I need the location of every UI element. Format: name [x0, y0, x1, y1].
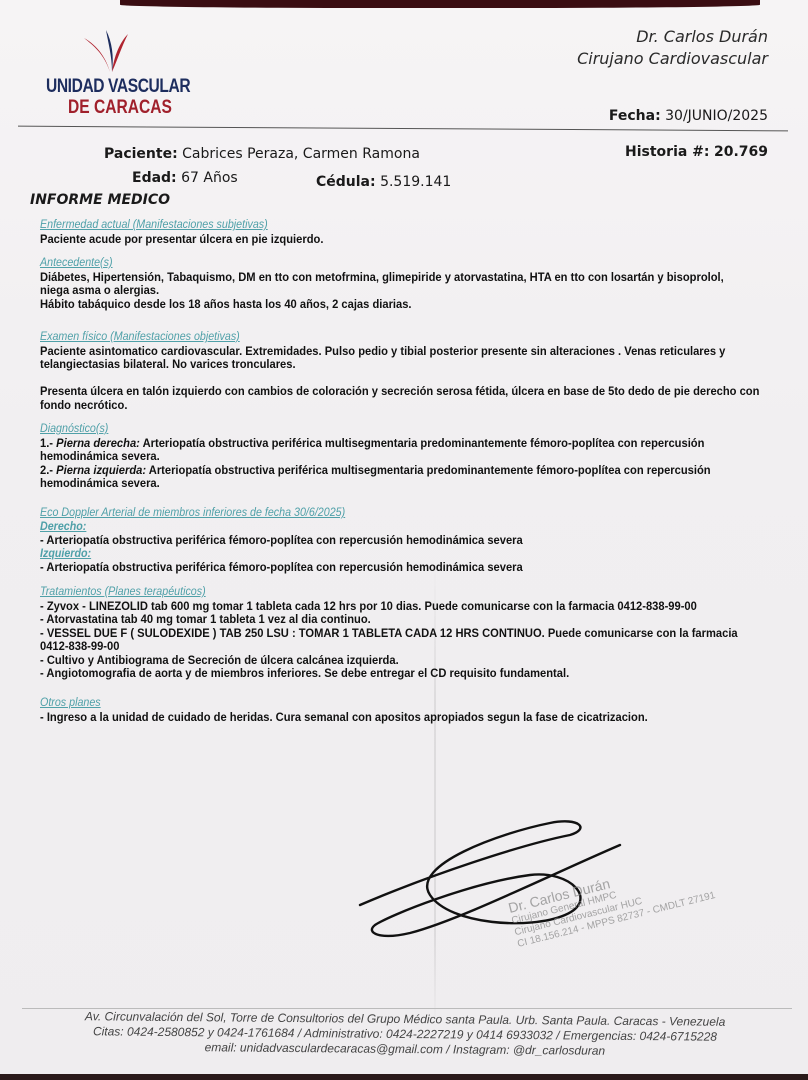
diagnosis-label: Pierna izquierda: — [56, 463, 146, 477]
diagnosis-item: 1.- Pierna derecha: Arteriopatía obstruc… — [40, 437, 719, 451]
right-leg-text: - Arteriopatía obstructiva periférica fé… — [40, 534, 719, 548]
section-text: Paciente acude por presentar úlcera en p… — [40, 233, 719, 247]
date-label: Fecha: — [609, 108, 661, 124]
patient-label: Paciente: — [104, 146, 178, 162]
section-heading: Antecedente(s) — [40, 257, 113, 271]
section-line: niega asma o alergias. — [40, 284, 719, 298]
patient-value: Cabrices Peraza, Carmen Ramona — [182, 146, 420, 162]
doctor-name: Dr. Carlos Durán — [577, 26, 768, 48]
history-label: Historia #: — [625, 144, 710, 160]
section-enfermedad: Enfermedad actual (Manifestaciones subje… — [40, 218, 770, 246]
section-heading: Tratamientos (Planes terapéuticos) — [40, 586, 206, 600]
date-value: 30/JUNIO/2025 — [665, 108, 768, 124]
section-line: Diábetes, Hipertensión, Tabaquismo, DM e… — [40, 271, 719, 285]
treatment-line: - Cultivo y Antibiograma de Secreción de… — [40, 654, 719, 668]
section-eco-doppler: Eco Doppler Arterial de miembros inferio… — [40, 506, 770, 575]
treatment-line: - Angiotomografia de aorta y de miembros… — [40, 667, 719, 681]
photo-bottom-edge — [0, 1074, 808, 1080]
section-heading: Enfermedad actual (Manifestaciones subje… — [40, 219, 268, 233]
diagnosis-text: Arteriopatía obstructiva periférica mult… — [149, 463, 711, 477]
logo-line2: DE CARACAS — [68, 97, 172, 119]
section-line: Hábito tabáquico desde los 18 años hasta… — [40, 298, 719, 312]
age-value: 67 Años — [181, 170, 238, 186]
history-value: 20.769 — [714, 144, 768, 160]
section-line: telangiectasias bilateral. No varices tr… — [40, 358, 719, 372]
section-line: Presenta úlcera en talón izquierdo con c… — [40, 385, 719, 399]
diagnosis-text-cont: hemodinámica severa. — [40, 450, 719, 464]
report-title: INFORME MEDICO — [30, 192, 170, 208]
section-heading: Eco Doppler Arterial de miembros inferio… — [40, 507, 345, 521]
photo-top-edge — [120, 0, 760, 8]
date-field: Fecha: 30/JUNIO/2025 — [609, 108, 768, 124]
treatment-line: - Zyvox - LINEZOLID tab 600 mg tomar 1 t… — [40, 600, 719, 614]
medical-report-page: UNIDAD VASCULAR DE CARACAS Dr. Carlos Du… — [0, 0, 808, 1080]
age-field: Edad: 67 Años — [132, 170, 238, 186]
patient-name-field: Paciente: Cabrices Peraza, Carmen Ramona — [104, 146, 420, 162]
header-divider — [18, 126, 788, 132]
age-label: Edad: — [132, 170, 177, 186]
treatment-line: - VESSEL DUE F ( SULODEXIDE ) TAB 250 LS… — [40, 627, 719, 641]
doctor-title: Cirujano Cardiovascular — [577, 48, 768, 70]
left-leg-text: - Arteriopatía obstructiva periférica fé… — [40, 561, 719, 575]
diagnosis-num: 2.- — [40, 463, 53, 477]
section-heading: Examen físico (Manifestaciones objetivas… — [40, 331, 240, 345]
logo-line1: UNIDAD VASCULAR — [46, 76, 161, 98]
id-label: Cédula: — [316, 174, 376, 190]
section-antecedentes: Antecedente(s) Diábetes, Hipertensión, T… — [40, 256, 770, 311]
history-number: Historia #: 20.769 — [625, 144, 768, 160]
id-field: Cédula: 5.519.141 — [316, 174, 451, 190]
vascular-swoosh-logo-icon — [82, 28, 142, 78]
section-line: Paciente asintomatico cardiovascular. Ex… — [40, 345, 719, 359]
diagnosis-item: 2.- Pierna izquierda: Arteriopatía obstr… — [40, 464, 719, 478]
diagnosis-text: Arteriopatía obstructiva periférica mult… — [143, 436, 705, 450]
section-text: - Ingreso a la unidad de cuidado de heri… — [40, 711, 719, 725]
clinic-logo: UNIDAD VASCULAR DE CARACAS — [46, 28, 186, 120]
section-heading: Diagnóstico(s) — [40, 423, 108, 437]
diagnosis-text-cont: hemodinámica severa. — [40, 477, 719, 491]
section-otros: Otros planes - Ingreso a la unidad de cu… — [40, 696, 770, 724]
treatment-line: - Atorvastatina tab 40 mg tomar 1 tablet… — [40, 613, 719, 627]
section-heading: Otros planes — [40, 697, 101, 711]
id-value: 5.519.141 — [380, 174, 451, 190]
right-leg-label: Derecho: — [40, 521, 719, 535]
section-tratamientos: Tratamientos (Planes terapéuticos) - Zyv… — [40, 585, 770, 681]
section-examen: Examen físico (Manifestaciones objetivas… — [40, 330, 770, 412]
diagnosis-label: Pierna derecha: — [56, 436, 140, 450]
section-diagnosticos: Diagnóstico(s) 1.- Pierna derecha: Arter… — [40, 422, 770, 491]
treatment-line: 0412-838-99-00 — [40, 640, 719, 654]
section-line: fondo necrótico. — [40, 399, 719, 413]
diagnosis-num: 1.- — [40, 436, 53, 450]
footer: Av. Circunvalación del Sol, Torre de Con… — [30, 1009, 780, 1061]
doctor-block: Dr. Carlos Durán Cirujano Cardiovascular — [577, 26, 768, 70]
section-spacer — [40, 372, 719, 386]
left-leg-label: Izquierdo: — [40, 548, 719, 562]
